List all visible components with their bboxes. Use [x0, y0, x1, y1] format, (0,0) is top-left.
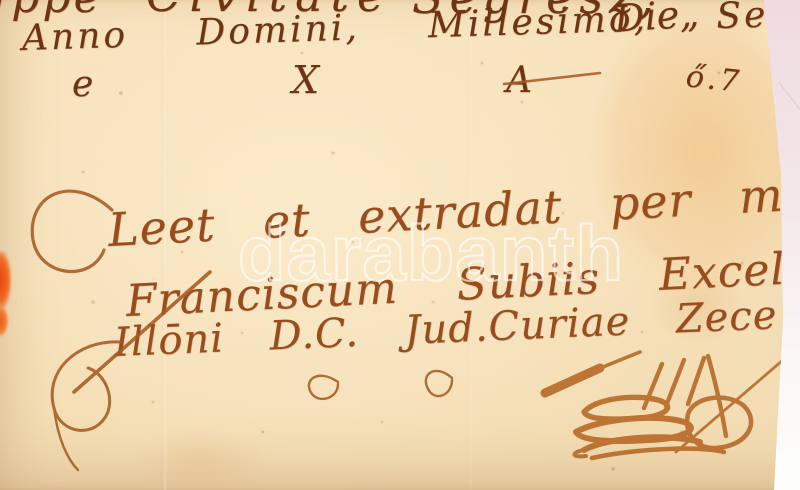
initial-loop-flourish	[32, 191, 112, 271]
thick-pen-stroke	[598, 352, 640, 369]
paraph-tail	[676, 354, 790, 452]
fold-crease	[468, 0, 473, 490]
wax-seal-fragment	[0, 306, 8, 336]
manuscript-photo: ſppe Civitate Segresz, Die„ Anno Domini,…	[0, 0, 800, 490]
descender-loop	[426, 371, 452, 396]
paraph-loop	[576, 418, 691, 441]
paraph-stroke	[708, 356, 726, 436]
signature-paraph	[545, 352, 790, 458]
paraph-circle	[687, 398, 751, 448]
handwritten-line: Anno Domini, Millesimō, Septin„	[21, 0, 800, 59]
background-scratch	[779, 82, 800, 111]
descender-tail	[54, 408, 78, 470]
handwritten-mark: e	[72, 64, 93, 105]
handwritten-mark: X	[292, 58, 319, 102]
handwritten-text: Leet et extradat per me Magnō	[107, 155, 800, 257]
initial-loop-flourish	[52, 342, 120, 431]
handwritten-mark: A	[506, 60, 532, 101]
paper-sheet: ſppe Civitate Segresz, Die„ Anno Domini,…	[0, 0, 800, 490]
thick-pen-stroke	[545, 368, 600, 393]
wax-seal-fragment	[0, 251, 11, 309]
paraph-curl	[575, 450, 587, 456]
descender-loop	[309, 376, 338, 399]
handwritten-mark: ő.7	[684, 59, 743, 100]
paraph-loop	[584, 437, 700, 450]
handwritten-text: Anno Domini, Millesimō, Septin„	[21, 0, 800, 59]
paraph-underline	[592, 449, 724, 458]
paraph-zigzag	[644, 358, 704, 408]
handwritten-line: Leet et extradat per me Magnō	[107, 155, 800, 257]
paraph-loop	[584, 397, 668, 419]
